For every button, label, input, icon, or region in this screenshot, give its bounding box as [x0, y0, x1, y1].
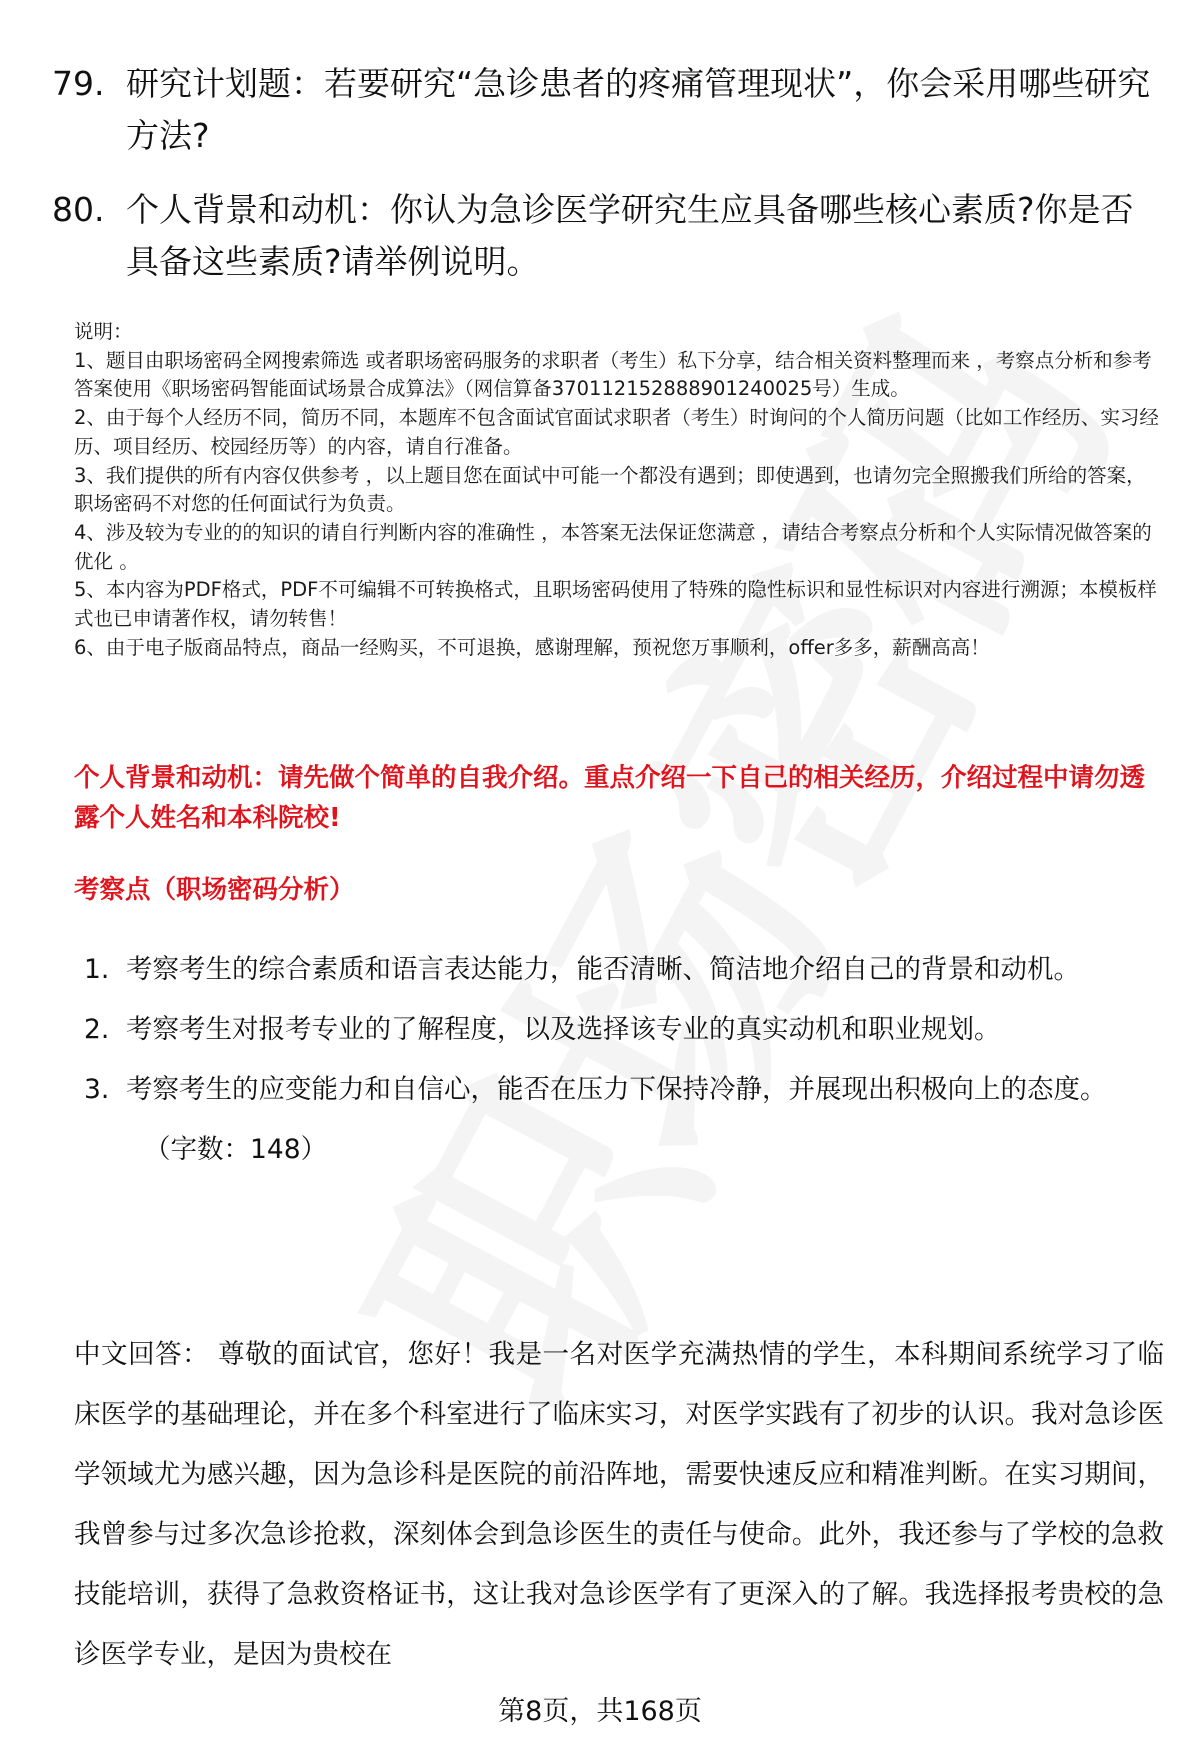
point-number: 2.	[84, 1000, 109, 1060]
note-item: 2、由于每个人经历不同，简历不同，本题库不包含面试官面试求职者（考生）时询问的个…	[74, 404, 1164, 461]
question-text: 个人背景和动机：你认为急诊医学研究生应具备哪些核心素质?你是否具备这些素质?请举…	[52, 184, 1162, 288]
analysis-point: 2. 考察考生对报考专业的了解程度，以及选择该专业的真实动机和职业规划。	[84, 1000, 1164, 1060]
question-80: 80. 个人背景和动机：你认为急诊医学研究生应具备哪些核心素质?你是否具备这些素…	[52, 184, 1162, 288]
word-count: （字数：148）	[84, 1120, 1164, 1180]
chinese-answer: 中文回答： 尊敬的面试官，您好！我是一名对医学充满热情的学生，本科期间系统学习了…	[74, 1325, 1164, 1685]
point-text: 考察考生的应变能力和自信心，能否在压力下保持冷静，并展现出积极向上的态度。	[126, 1074, 1107, 1105]
disclaimer-notes: 说明： 1、题目由职场密码全网搜索筛选 或者职场密码服务的求职者（考生）私下分享…	[74, 318, 1164, 662]
point-text: 考察考生的综合素质和语言表达能力，能否清晰、简洁地介绍自己的背景和动机。	[126, 954, 1080, 985]
note-item: 1、题目由职场密码全网搜索筛选 或者职场密码服务的求职者（考生）私下分享，结合相…	[74, 347, 1164, 404]
notes-title: 说明：	[74, 318, 1164, 347]
analysis-heading: 考察点（职场密码分析）	[74, 870, 1164, 910]
question-number: 79.	[52, 58, 122, 110]
point-text: 考察考生对报考专业的了解程度，以及选择该专业的真实动机和职业规划。	[126, 1014, 1001, 1045]
note-item: 6、由于电子版商品特点，商品一经购买，不可退换，感谢理解，预祝您万事顺利，off…	[74, 634, 1164, 663]
point-number: 1.	[84, 940, 109, 1000]
point-number: 3.	[84, 1060, 109, 1120]
analysis-points-list: 1. 考察考生的综合素质和语言表达能力，能否清晰、简洁地介绍自己的背景和动机。 …	[84, 940, 1164, 1180]
analysis-point: 1. 考察考生的综合素质和语言表达能力，能否清晰、简洁地介绍自己的背景和动机。	[84, 940, 1164, 1000]
question-number: 80.	[52, 184, 122, 236]
note-item: 3、我们提供的所有内容仅供参考 ，以上题目您在面试中可能一个都没有遇到；即使遇到…	[74, 462, 1164, 519]
question-heading: 个人背景和动机：请先做个简单的自我介绍。重点介绍一下自己的相关经历，介绍过程中请…	[74, 758, 1164, 838]
question-79: 79. 研究计划题：若要研究“急诊患者的疼痛管理现状”，你会采用哪些研究方法?	[52, 58, 1162, 162]
question-text: 研究计划题：若要研究“急诊患者的疼痛管理现状”，你会采用哪些研究方法?	[52, 58, 1162, 162]
analysis-point: 3. 考察考生的应变能力和自信心，能否在压力下保持冷静，并展现出积极向上的态度。	[84, 1060, 1164, 1120]
note-item: 5、本内容为PDF格式，PDF不可编辑不可转换格式，且职场密码使用了特殊的隐性标…	[74, 576, 1164, 633]
page-indicator: 第8页，共168页	[0, 1692, 1200, 1732]
note-item: 4、涉及较为专业的的知识的请自行判断内容的准确性 ，本答案无法保证您满意 ，请结…	[74, 519, 1164, 576]
